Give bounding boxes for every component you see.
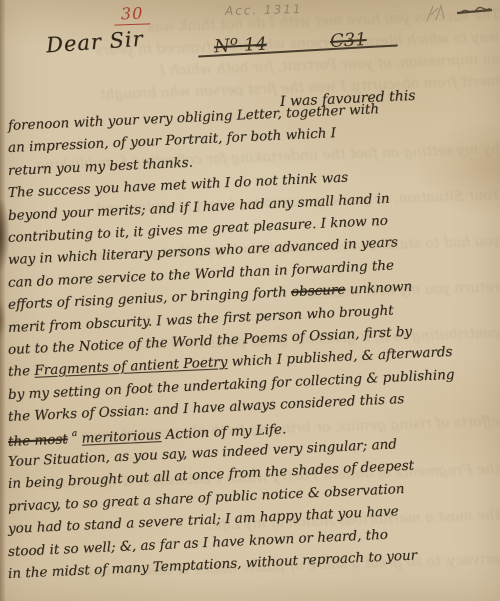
pencil-scribble-icon bbox=[424, 3, 452, 25]
manuscript-text-segment: unknown bbox=[345, 279, 413, 298]
manuscript-text-segment: Action of my Life. bbox=[161, 421, 287, 443]
manuscript-text-segment: which I published, & afterwards bbox=[227, 344, 453, 370]
accession-mark: Acc. 1311 bbox=[225, 2, 303, 18]
manuscript-text-segment: return you my best thanks. bbox=[8, 154, 194, 178]
manuscript-page: The success you have met with I do not t… bbox=[0, 0, 500, 601]
manuscript-text-segment: meritorious bbox=[81, 427, 161, 447]
manuscript-text-segment: the bbox=[8, 363, 35, 380]
manuscript-text-segment: Fragments of antient Poetry bbox=[34, 354, 228, 379]
ghost-line: an impression, of your Portrait, for bot… bbox=[0, 51, 500, 84]
salutation: Dear Sir bbox=[45, 27, 144, 58]
folio-number: 30 bbox=[114, 3, 151, 25]
manuscript-text-segment: the most bbox=[8, 431, 68, 450]
manuscript-text-segment: obscure bbox=[291, 282, 346, 300]
cancelled-scribble-icon bbox=[456, 1, 494, 23]
